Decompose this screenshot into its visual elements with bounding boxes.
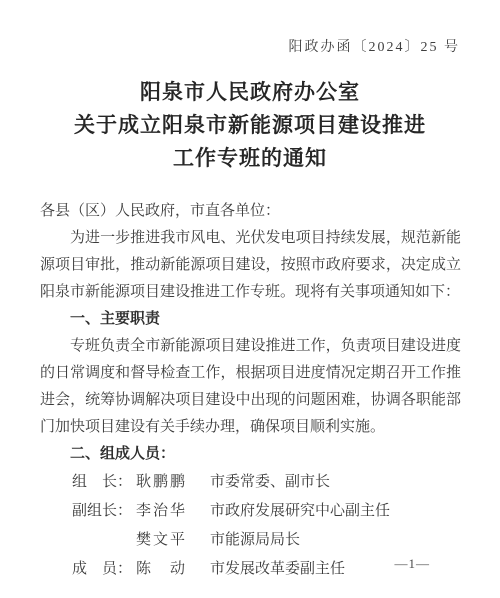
member-role: 组 长： — [72, 468, 136, 497]
member-title: 市能源局局长 — [210, 526, 461, 555]
doc-title-line-3: 工作专班的通知 — [0, 142, 500, 175]
document-page: 阳政办函〔2024〕25 号 阳泉市人民政府办公室 关于成立阳泉市新能源项目建设… — [0, 0, 500, 598]
doc-title-line-2: 关于成立阳泉市新能源项目建设推进 — [0, 109, 500, 142]
member-role: 副组长： — [72, 497, 136, 526]
salutation: 各县（区）人民政府，市直各单位： — [40, 198, 461, 225]
member-name: 陈 动 — [136, 555, 210, 584]
doc-title-line-1: 阳泉市人民政府办公室 — [0, 76, 500, 109]
member-role: 成 员： — [72, 555, 136, 584]
section2-heading: 二、组成人员： — [40, 441, 461, 468]
member-name: 樊文平 — [136, 526, 210, 555]
member-title: 市政府发展研究中心副主任 — [210, 497, 461, 526]
doc-title: 阳泉市人民政府办公室 关于成立阳泉市新能源项目建设推进 工作专班的通知 — [0, 76, 500, 175]
member-row-leader: 组 长： 耿鹏鹏 市委常委、副市长 — [72, 468, 461, 497]
intro-paragraph: 为进一步推进我市风电、光伏发电项目持续发展，规范新能源项目审批，推动新能源项目建… — [40, 225, 461, 306]
member-title: 市委常委、副市长 — [210, 468, 461, 497]
member-row-deputy-1: 副组长： 李治华 市政府发展研究中心副主任 — [72, 497, 461, 526]
section1-body: 专班负责全市新能源项目建设推进工作，负责项目建设进度的日常调度和督导检查工作，根… — [40, 333, 461, 441]
member-name: 李治华 — [136, 497, 210, 526]
doc-number: 阳政办函〔2024〕25 号 — [289, 36, 461, 56]
member-name: 耿鹏鹏 — [136, 468, 210, 497]
member-row-deputy-2: 樊文平 市能源局局长 — [72, 526, 461, 555]
section1-heading: 一、主要职责 — [40, 306, 461, 333]
member-role — [72, 526, 136, 555]
page-number: —1— — [395, 556, 431, 572]
doc-body: 各县（区）人民政府，市直各单位： 为进一步推进我市风电、光伏发电项目持续发展，规… — [40, 198, 461, 584]
